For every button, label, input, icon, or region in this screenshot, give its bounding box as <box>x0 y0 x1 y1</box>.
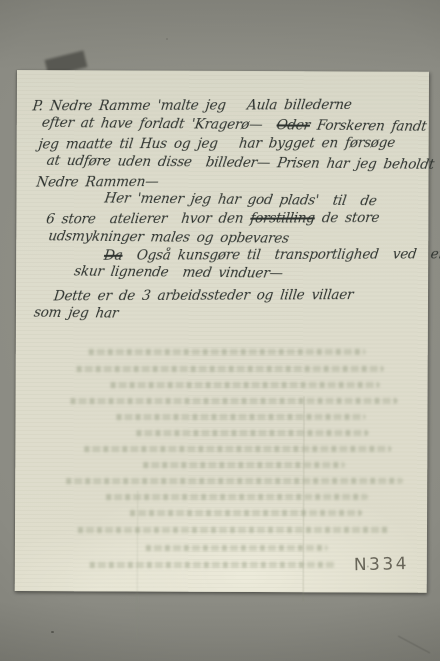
background-speck <box>51 631 54 633</box>
handwriting-text: P. Nedre Ramme 'malte jeg Aula billedern… <box>32 97 353 114</box>
handwriting-text: efter at have forladt 'Kragerø— <box>41 115 278 133</box>
verso-showthrough-line <box>63 478 403 484</box>
photograph-background: P. Nedre Ramme 'malte jeg Aula billedern… <box>0 0 440 661</box>
handwriting-text: udsmykninger males og opbevares <box>47 228 290 247</box>
handwriting-text: som jeg har <box>33 305 120 322</box>
paper-speck <box>367 566 369 568</box>
handwriting-text: skur lignende med vinduer— <box>73 264 284 282</box>
verso-showthrough-line <box>143 545 328 551</box>
verso-showthrough-line <box>75 527 390 533</box>
handwriting-line: jeg maatte til Hus og jeg har bygget en … <box>38 135 396 153</box>
handwriting-text: at udføre uden disse billeder— Prisen ha… <box>46 153 436 173</box>
verso-showthrough-line <box>113 414 365 420</box>
verso-showthrough-line <box>86 349 366 355</box>
verso-showthrough-line <box>133 430 368 436</box>
verso-showthrough-line <box>140 462 345 468</box>
background-scratch <box>398 636 430 654</box>
handwriting-line: efter at have forladt 'Kragerø— Oder For… <box>41 115 428 135</box>
handwriting-text: Dette er de 3 arbeidssteder og lille vil… <box>53 287 354 304</box>
handwriting-line: som jeg har <box>33 305 120 322</box>
verso-showthrough <box>17 70 429 72</box>
handwriting-block: P. Nedre Ramme 'malte jeg Aula billedern… <box>17 70 429 72</box>
handwriting-text: Nedre Rammen— <box>35 174 159 191</box>
verso-showthrough-line <box>108 382 380 388</box>
handwriting-line: at udføre uden disse billeder— Prisen ha… <box>46 153 436 173</box>
verso-showthrough-line <box>74 366 384 372</box>
handwriting-text: de store <box>314 210 380 226</box>
verso-showthrough-line <box>87 562 337 568</box>
handwriting-text: Her 'mener jeg har god plads' til de <box>103 191 377 210</box>
verso-showthrough-line <box>127 510 362 516</box>
verso-showthrough-line <box>68 398 398 404</box>
handwriting-line: skur lignende med vinduer— <box>73 264 284 282</box>
handwriting-line: P. Nedre Ramme 'malte jeg Aula billedern… <box>32 97 353 114</box>
verso-showthrough-line <box>103 494 368 500</box>
catalog-number: N334 <box>354 554 410 575</box>
verso-showthrough-line <box>81 446 391 452</box>
struck-word: Oder <box>275 117 311 133</box>
handwriting-line: 6 store atelierer hvor den forstilling d… <box>45 210 380 227</box>
handwriting-text: Også kunsgøre til transportlighed ved en <box>122 246 440 263</box>
background-speck <box>166 38 168 40</box>
struck-word: forstilling <box>249 210 315 226</box>
handwriting-line: Dette er de 3 arbeidssteder og lille vil… <box>53 287 354 304</box>
handwriting-text: jeg maatte til Hus og jeg har bygget en … <box>38 135 396 153</box>
letter-paper: P. Nedre Ramme 'malte jeg Aula billedern… <box>15 70 429 593</box>
handwriting-text: Forskeren fandt <box>309 118 428 135</box>
handwriting-line: Nedre Rammen— <box>35 174 159 191</box>
handwriting-text: 6 store atelierer hvor den <box>45 211 251 228</box>
handwriting-line: Her 'mener jeg har god plads' til de <box>103 191 377 210</box>
handwriting-line: Da Også kunsgøre til transportlighed ved… <box>103 246 440 263</box>
handwriting-line: udsmykninger males og opbevares <box>47 228 290 247</box>
